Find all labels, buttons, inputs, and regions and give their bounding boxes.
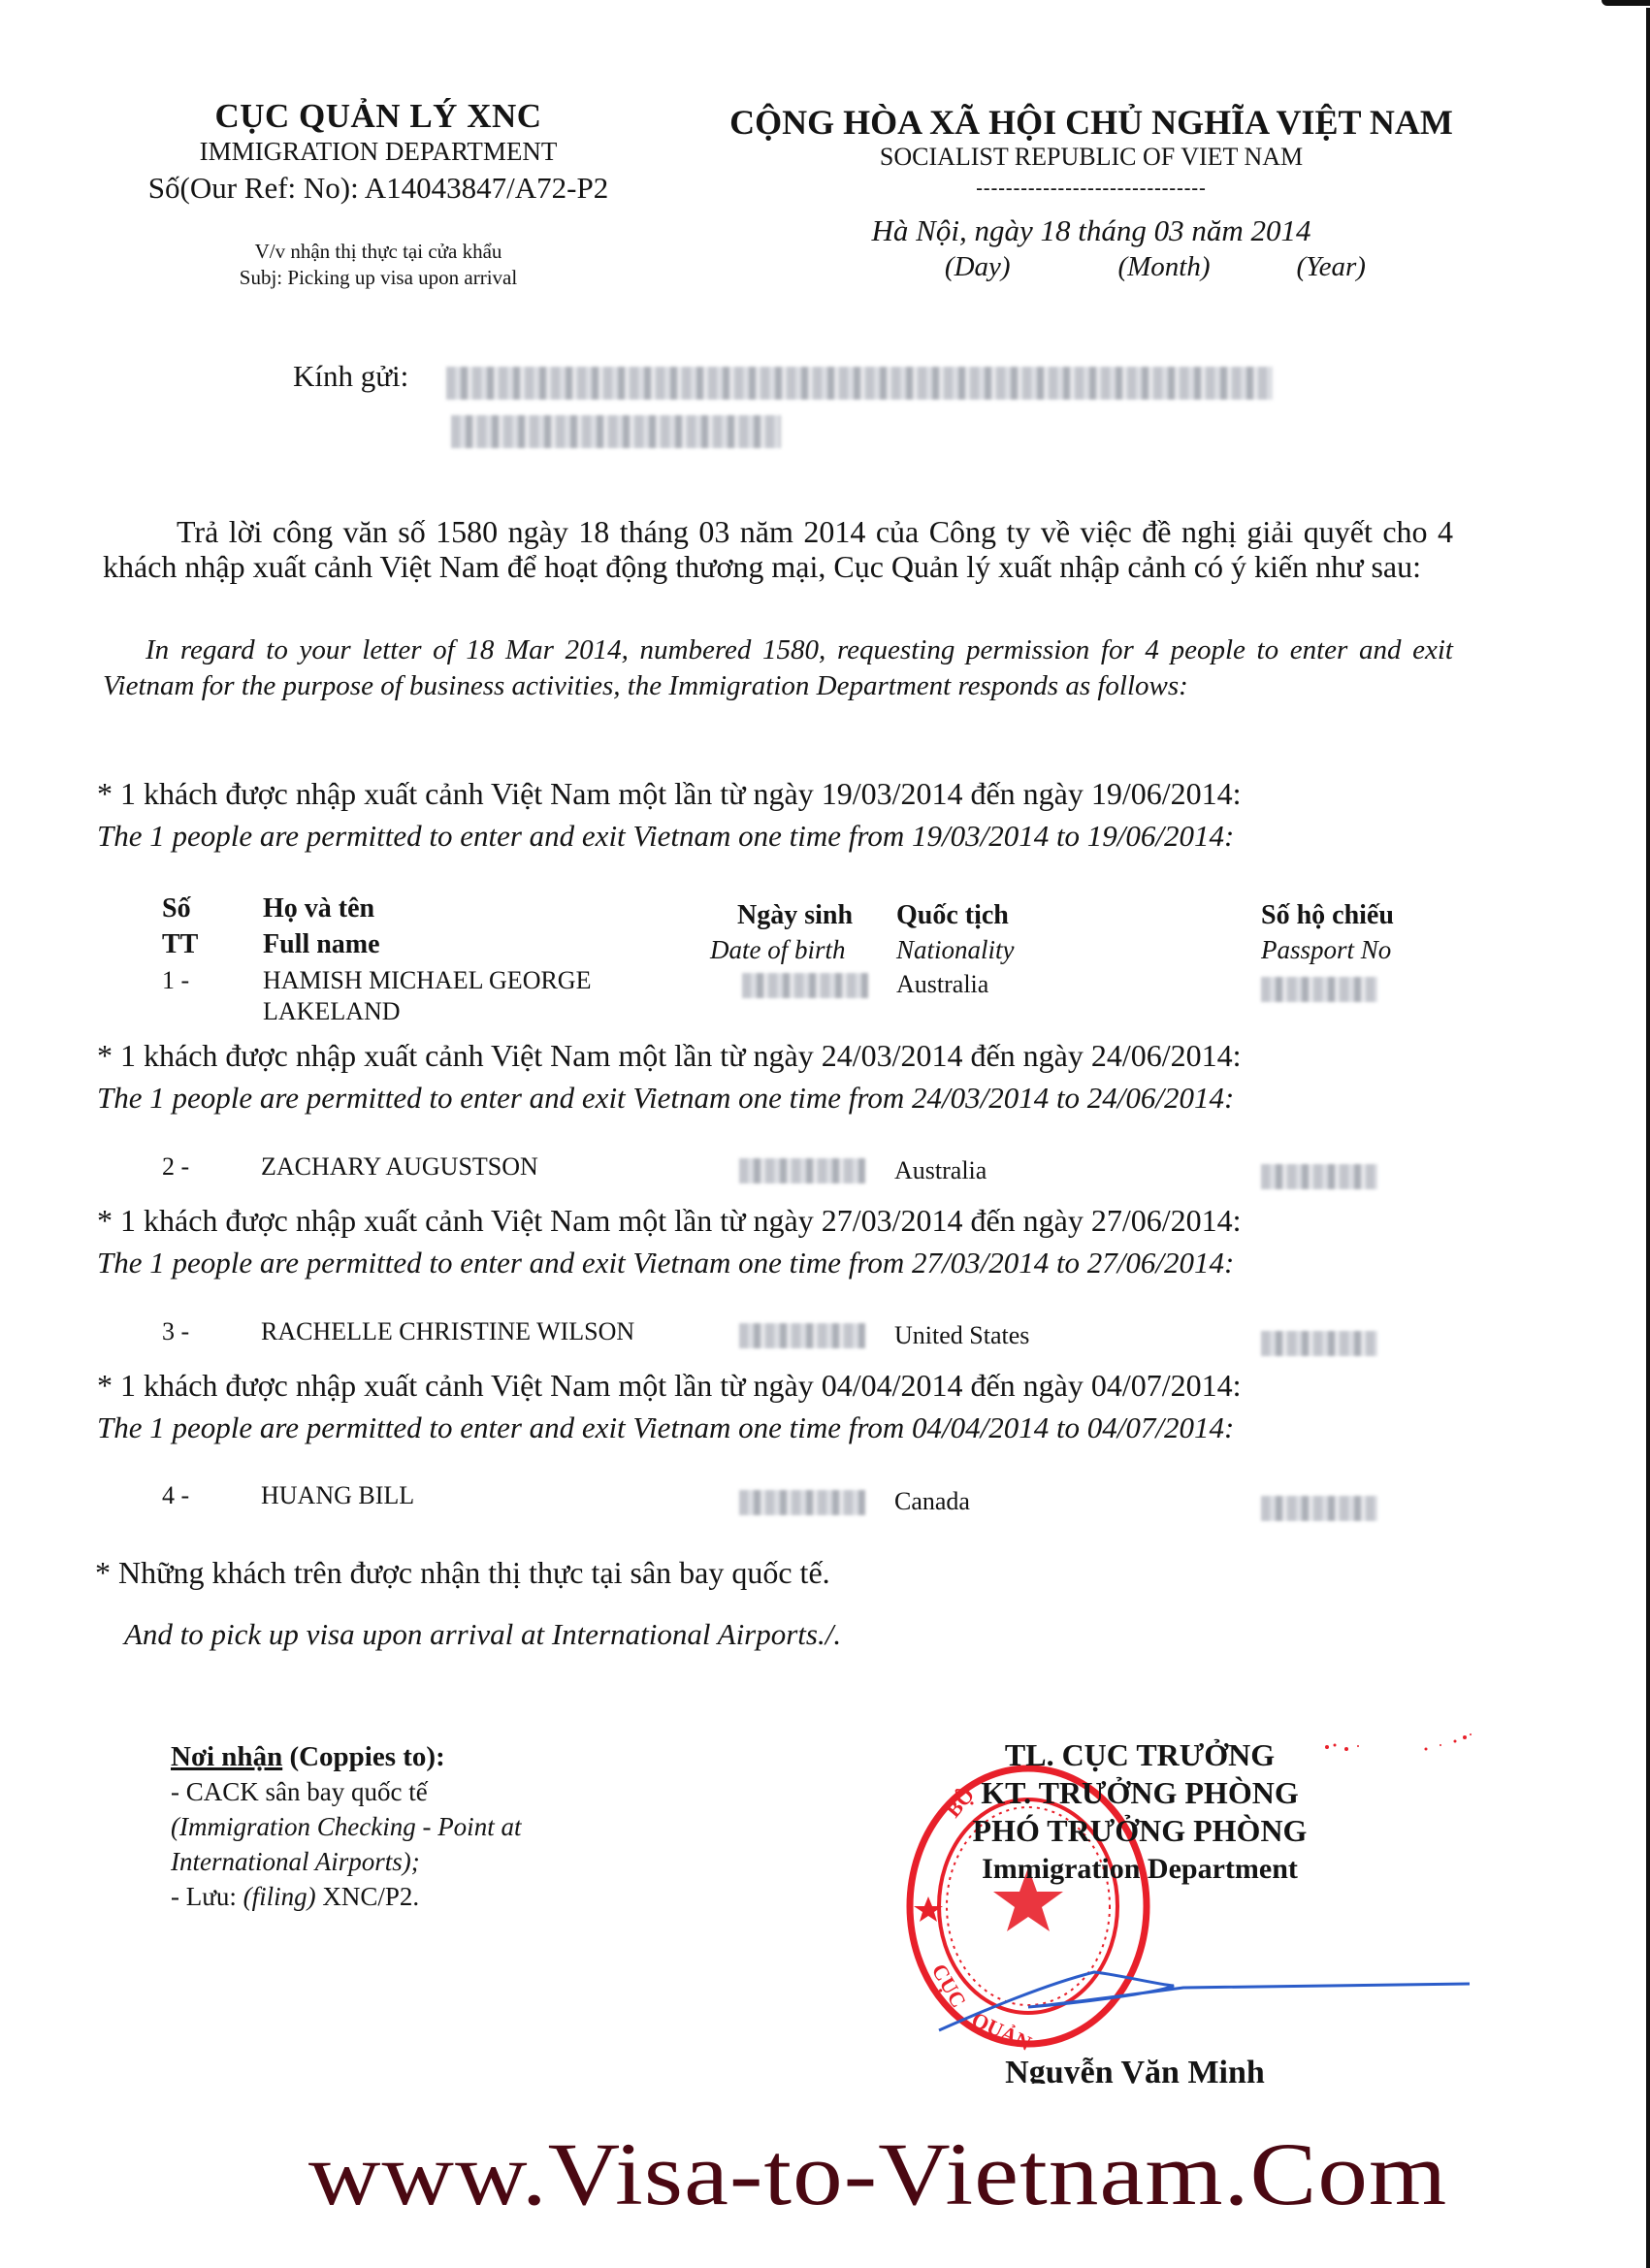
body-paragraph-vn: Trả lời công văn số 1580 ngày 18 tháng 0… bbox=[103, 514, 1453, 584]
dob-redacted bbox=[739, 1490, 865, 1515]
grant-en: The 1 people are permitted to enter and … bbox=[97, 1246, 1234, 1280]
signature-block: TL. CỤC TRƯỞNG KT. TRƯỞNG PHÒNG PHÓ TRƯỞ… bbox=[931, 1736, 1348, 1888]
issuer-header: CỤC QUẢN LÝ XNC IMMIGRATION DEPARTMENT S… bbox=[116, 97, 640, 291]
col-dob-en: Date of birth bbox=[710, 935, 846, 965]
full-name: ZACHARY AUGUSTSON bbox=[261, 1152, 538, 1182]
passport-redacted bbox=[1261, 977, 1377, 1002]
col-no-vn2: TT bbox=[162, 929, 198, 960]
copies-line: International Airports); bbox=[171, 1844, 521, 1879]
passport-redacted bbox=[1261, 1331, 1377, 1356]
scan-border-top bbox=[1601, 0, 1650, 6]
body-paragraph-en: In regard to your letter of 18 Mar 2014,… bbox=[103, 632, 1453, 704]
signature-title-1: TL. CỤC TRƯỞNG bbox=[931, 1736, 1348, 1774]
year-label: (Year) bbox=[1268, 249, 1394, 284]
scan-border-right bbox=[1646, 8, 1650, 2268]
full-name: HAMISH MICHAEL GEORGE bbox=[263, 966, 591, 995]
grant-en: The 1 people are permitted to enter and … bbox=[97, 1410, 1234, 1445]
recipient-redacted-line2 bbox=[451, 415, 781, 448]
copies-title: Nơi nhận (Coppies to): bbox=[171, 1739, 521, 1774]
dob-redacted bbox=[742, 973, 868, 998]
watermark-url: www.Visa-to-Vietnam.Com bbox=[308, 2122, 1447, 2225]
row-number: 2 - bbox=[162, 1152, 189, 1182]
subject-en: Subj: Picking up visa upon arrival bbox=[116, 265, 640, 291]
col-passport-vn: Số hộ chiếu bbox=[1261, 900, 1394, 931]
col-passport-en: Passport No bbox=[1261, 935, 1391, 965]
full-name: RACHELLE CHRISTINE WILSON bbox=[261, 1317, 634, 1346]
full-name: HUANG BILL bbox=[261, 1481, 414, 1510]
grant-en: The 1 people are permitted to enter and … bbox=[97, 819, 1234, 854]
col-no-vn: Số bbox=[162, 893, 191, 924]
col-name-en: Full name bbox=[263, 929, 380, 960]
copies-to: Nơi nhận (Coppies to): - CACK sân bay qu… bbox=[171, 1739, 521, 1914]
subject-vn: V/v nhận thị thực tại cửa khẩu bbox=[116, 239, 640, 265]
copies-line: - CACK sân bay quốc tế bbox=[171, 1774, 521, 1809]
place-date: Hà Nội, ngày 18 tháng 03 năm 2014 bbox=[679, 212, 1504, 249]
month-label: (Month) bbox=[1086, 249, 1242, 284]
dob-redacted bbox=[739, 1323, 865, 1348]
signature-title-3: PHÓ TRƯỞNG PHÒNG bbox=[931, 1812, 1348, 1850]
nationality: Canada bbox=[894, 1487, 970, 1516]
grant-vn: * 1 khách được nhập xuất cảnh Việt Nam m… bbox=[97, 776, 1242, 812]
nationality: United States bbox=[894, 1321, 1029, 1350]
recipient-redacted bbox=[446, 367, 1273, 400]
row-number: 3 - bbox=[162, 1317, 189, 1346]
col-name-vn: Họ và tên bbox=[263, 893, 374, 924]
col-dob-vn: Ngày sinh bbox=[737, 900, 853, 931]
row-number: 4 - bbox=[162, 1481, 189, 1510]
full-name-line2: LAKELAND bbox=[263, 997, 401, 1026]
date-labels: (Day) (Month) (Year) bbox=[679, 249, 1504, 284]
header-separator: ------------------------------- bbox=[679, 172, 1504, 205]
signature-title-4: Immigration Department bbox=[931, 1850, 1348, 1888]
grant-vn: * 1 khách được nhập xuất cảnh Việt Nam m… bbox=[97, 1038, 1242, 1074]
signer-name: Nguyễn Văn Minh bbox=[951, 2055, 1319, 2084]
col-nationality-vn: Quốc tịch bbox=[896, 900, 1009, 931]
note-en: And to pick up visa upon arrival at Inte… bbox=[124, 1617, 841, 1652]
grant-en: The 1 people are permitted to enter and … bbox=[97, 1081, 1234, 1116]
passport-redacted bbox=[1261, 1496, 1377, 1521]
signature-title-2: KT. TRƯỞNG PHÒNG bbox=[931, 1774, 1348, 1812]
country-name-vn: CỘNG HÒA XÃ HỘI CHỦ NGHĨA VIỆT NAM bbox=[679, 102, 1504, 143]
reference-number: Số(Our Ref: No): A14043847/A72-P2 bbox=[116, 169, 640, 208]
row-number: 1 - bbox=[162, 966, 189, 995]
passport-redacted bbox=[1261, 1164, 1377, 1189]
agency-name-vn: CỤC QUẢN LÝ XNC bbox=[116, 97, 640, 136]
note-vn: * Những khách trên được nhận thị thực tạ… bbox=[95, 1555, 830, 1591]
nationality: Australia bbox=[896, 970, 988, 999]
country-name-en: SOCIALIST REPUBLIC OF VIET NAM bbox=[679, 143, 1504, 172]
col-nationality-en: Nationality bbox=[896, 935, 1015, 965]
salutation-label: Kính gửi: bbox=[293, 359, 408, 394]
agency-name-en: IMMIGRATION DEPARTMENT bbox=[116, 136, 640, 167]
handwritten-signature-icon bbox=[931, 1964, 1474, 2042]
copies-line: - Lưu: (filing) XNC/P2. bbox=[171, 1879, 521, 1914]
nationality: Australia bbox=[894, 1156, 987, 1185]
grant-vn: * 1 khách được nhập xuất cảnh Việt Nam m… bbox=[97, 1368, 1242, 1404]
dob-redacted bbox=[739, 1158, 865, 1183]
country-header: CỘNG HÒA XÃ HỘI CHỦ NGHĨA VIỆT NAM SOCIA… bbox=[679, 102, 1504, 284]
grant-vn: * 1 khách được nhập xuất cảnh Việt Nam m… bbox=[97, 1203, 1242, 1239]
day-label: (Day) bbox=[905, 249, 1051, 284]
copies-line: (Immigration Checking - Point at bbox=[171, 1809, 521, 1844]
